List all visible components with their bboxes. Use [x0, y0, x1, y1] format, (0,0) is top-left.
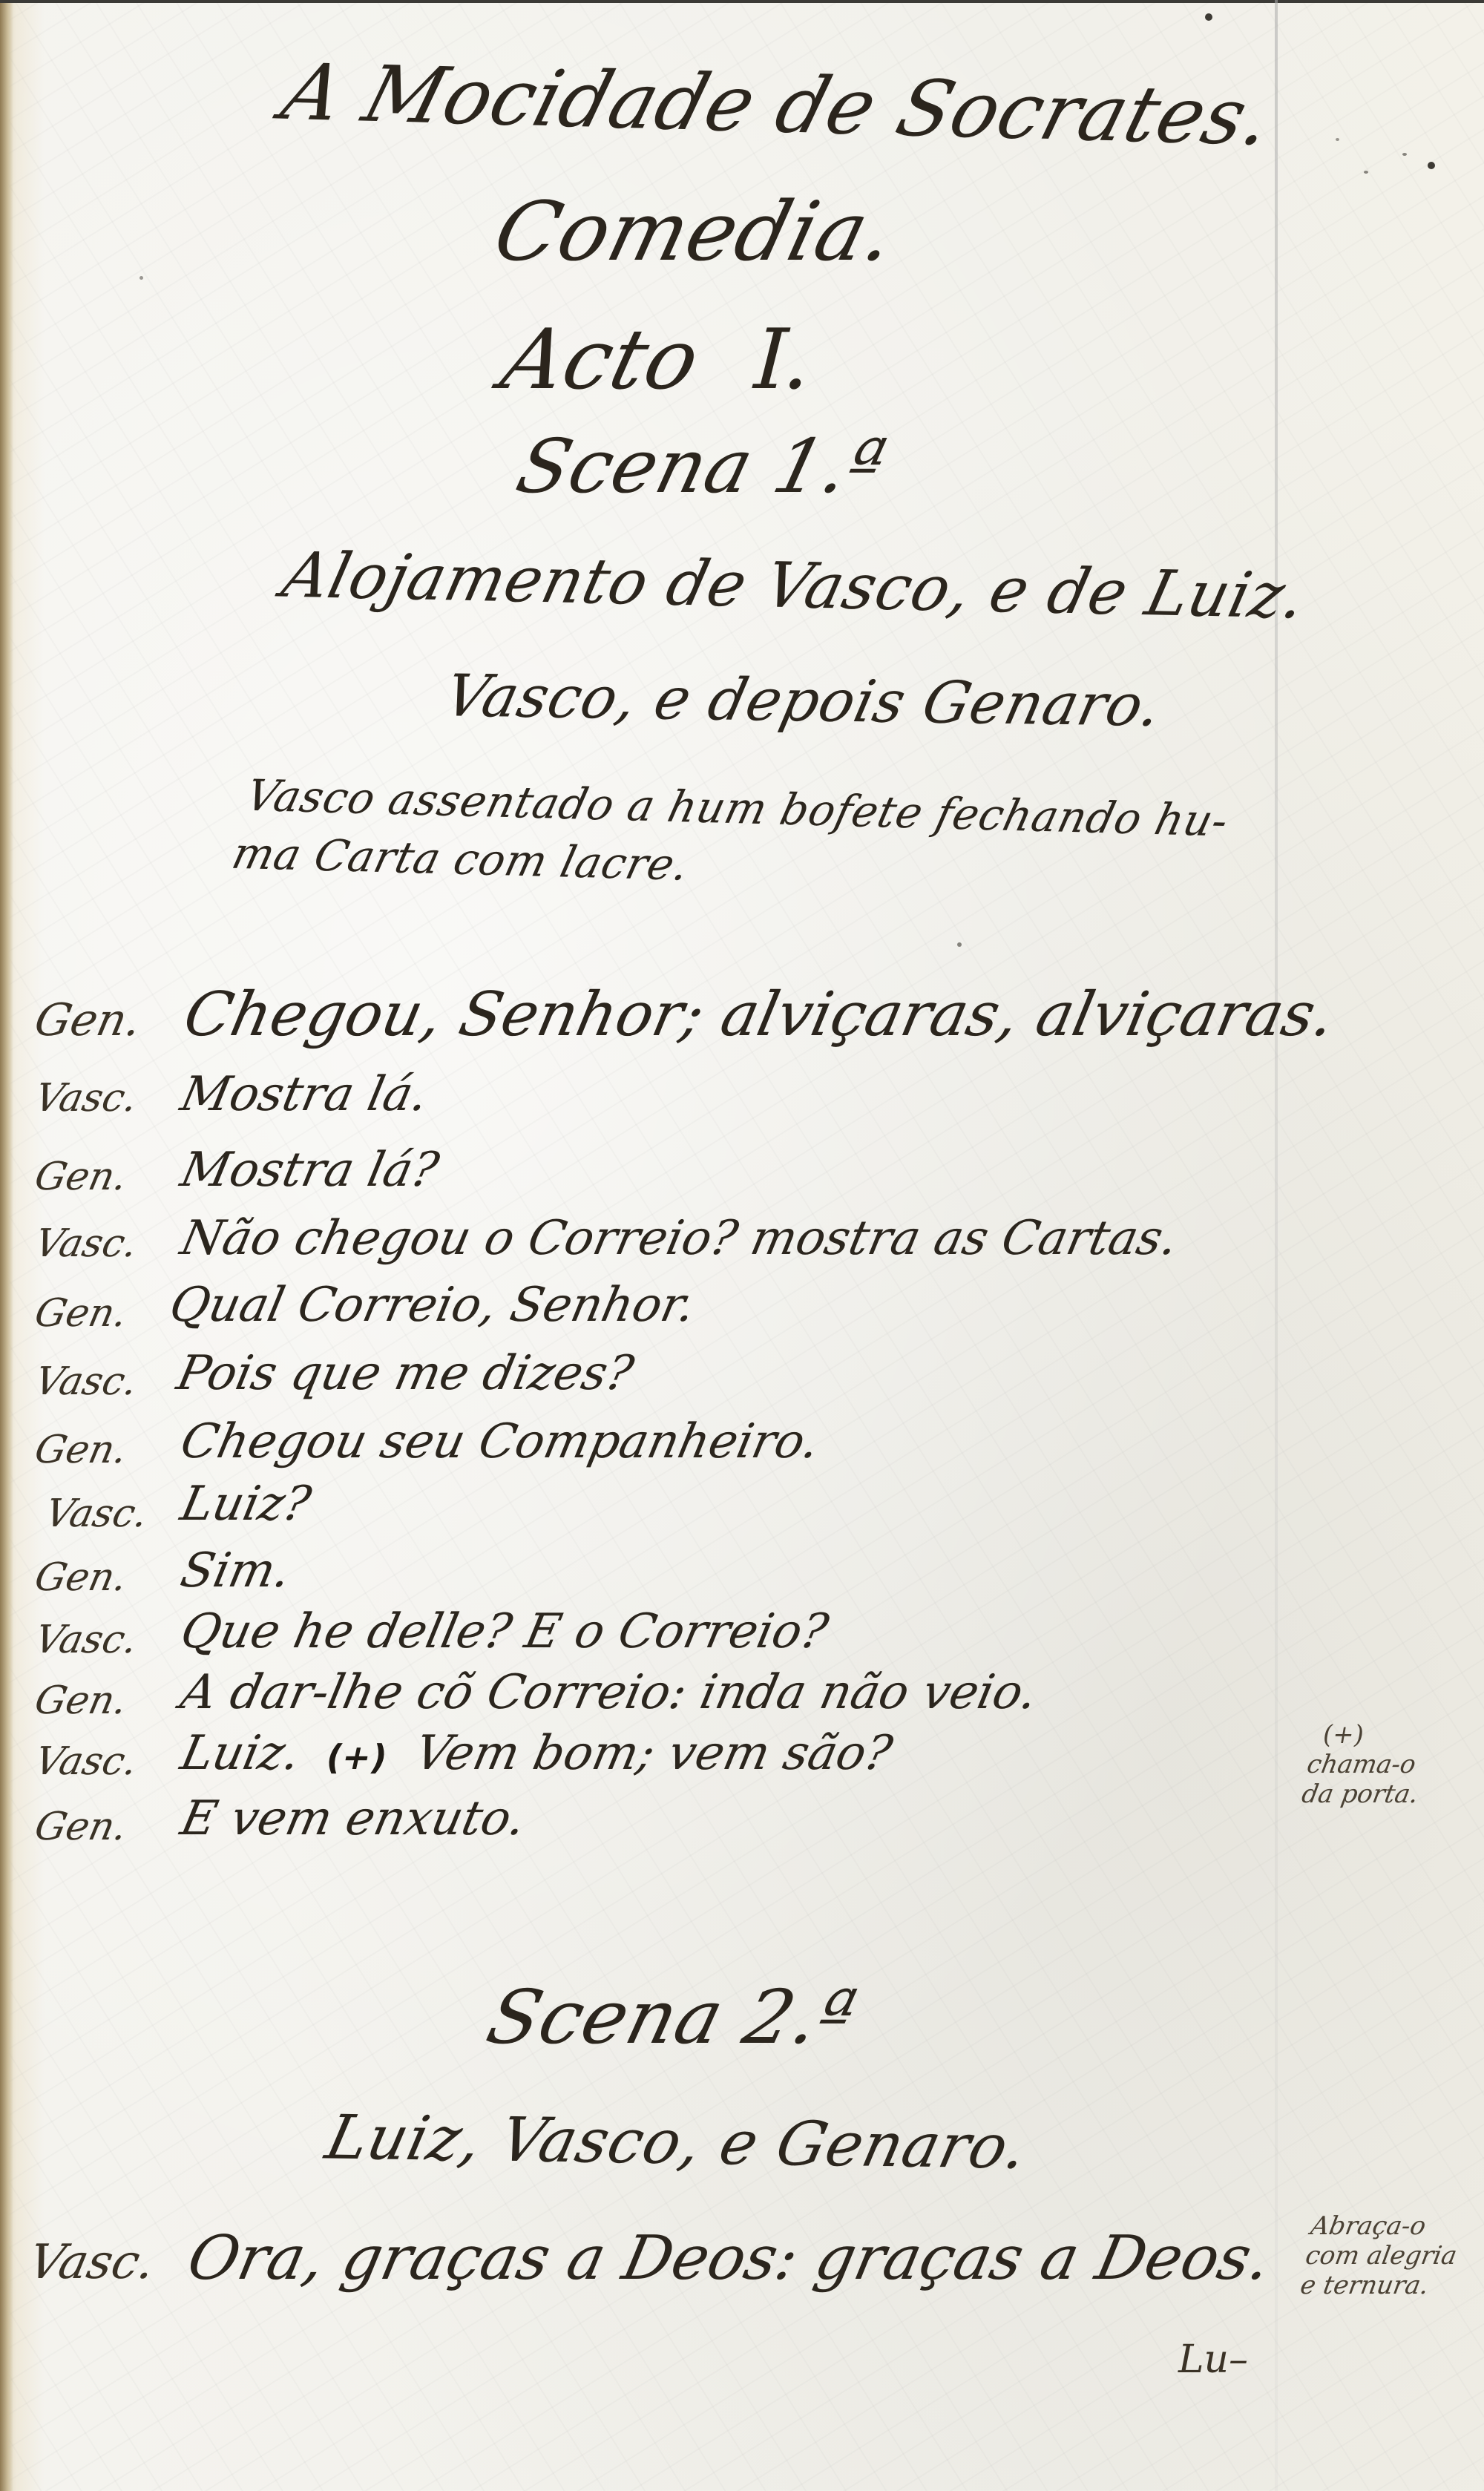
speaker-label: Vasc. [42, 1491, 152, 1536]
play-title: A Mocidade de Socrates. [273, 47, 1283, 163]
speech-text-before: Luiz. [176, 1726, 305, 1781]
speech-text: Chegou seu Companheiro. [176, 1414, 824, 1469]
catchword: Lu– [1178, 2337, 1248, 2382]
cross-reference-marker: (+) [323, 1737, 391, 1777]
margin-note-line: com alegria [1303, 2241, 1459, 2271]
speech-text: A dar-lhe cõ Correio: inda não veio. [176, 1665, 1042, 1720]
speech-text: Ora, graças a Deos: graças a Deos. [182, 2223, 1277, 2294]
scene-1-characters: Vasco, e depois Genaro. [439, 663, 1168, 739]
speech-text: Qual Correio, Senhor. [165, 1278, 700, 1333]
speech-text: Mostra lá. [176, 1067, 433, 1122]
speaker-label: Gen. [31, 1555, 131, 1600]
speech-text: Não chegou o Correio? mostra as Cartas. [176, 1211, 1183, 1266]
margin-note-embrace: Abraça-o com alegria e ternura. [1298, 2211, 1464, 2300]
speech-text: Mostra lá? [176, 1143, 443, 1198]
speech-text: Que he delle? E o Correio? [176, 1604, 833, 1659]
margin-note-stage-direction: (+) chama-o da porta. [1299, 1720, 1431, 1809]
scene-1-stage-direction: Vasco assentado a hum bofete fechando hu… [226, 767, 1235, 908]
margin-note-line: chama-o [1304, 1750, 1425, 1779]
genre-heading: Comedia. [485, 184, 905, 279]
speaker-label: Gen. [31, 1155, 131, 1199]
binding-edge [0, 0, 13, 2491]
speech-text-after: Vem bom; vem são? [410, 1726, 897, 1781]
speech-text: Luiz? [176, 1477, 315, 1532]
scene-1-heading: Scena 1.ª [508, 423, 895, 510]
speech-text: Pois que me dizes? [172, 1346, 638, 1401]
margin-note-line: da porta. [1299, 1779, 1420, 1809]
margin-note-line: Abraça-o [1309, 2211, 1465, 2241]
page-top-edge [0, 0, 1484, 3]
margin-note-marker: (+) [1310, 1720, 1431, 1750]
act-label: Acto [493, 312, 709, 408]
margin-note-line: e ternura. [1298, 2271, 1454, 2300]
speaker-label: Vasc. [31, 1076, 142, 1120]
ink-speck [1336, 138, 1339, 141]
ink-speck [1428, 162, 1435, 169]
speaker-label: Gen. [31, 1291, 131, 1336]
scene-2-heading: Scena 2.ª [479, 1974, 865, 2061]
manuscript-page: A Mocidade de Socrates. Comedia. Acto I.… [0, 0, 1484, 2491]
act-heading: Acto I. [493, 312, 827, 408]
speaker-label: Gen. [31, 1678, 131, 1723]
ink-speck [1205, 13, 1212, 21]
speaker-label: Gen. [31, 1805, 131, 1849]
speech-text: Luiz. (+) Vem bom; vem são? [176, 1726, 897, 1781]
speaker-label: Gen. [30, 994, 146, 1046]
speaker-label: Gen. [31, 1428, 131, 1472]
speaker-label: Vasc. [31, 1739, 142, 1784]
ink-speck [1402, 153, 1407, 156]
ink-speck [957, 942, 962, 947]
speaker-label: Vasc. [31, 1221, 142, 1266]
margin-fold-line [1275, 0, 1278, 2491]
speech-text: Sim. [176, 1543, 295, 1598]
speech-text: Chegou, Senhor; alviçaras, alviçaras. [178, 979, 1341, 1050]
speaker-label: Vasc. [31, 1359, 142, 1404]
speaker-label: Vasc. [31, 1618, 142, 1662]
speaker-label: Vasc. [24, 2235, 160, 2290]
act-number: I. [742, 312, 827, 408]
ink-speck [139, 276, 143, 280]
scene-2-characters: Luiz, Vasco, e Genaro. [320, 2102, 1034, 2182]
speech-text: E vem enxuto. [176, 1791, 531, 1846]
ink-speck [1364, 171, 1368, 174]
scene-1-setting: Alojamento de Vasco, e de Luiz. [276, 539, 1313, 633]
